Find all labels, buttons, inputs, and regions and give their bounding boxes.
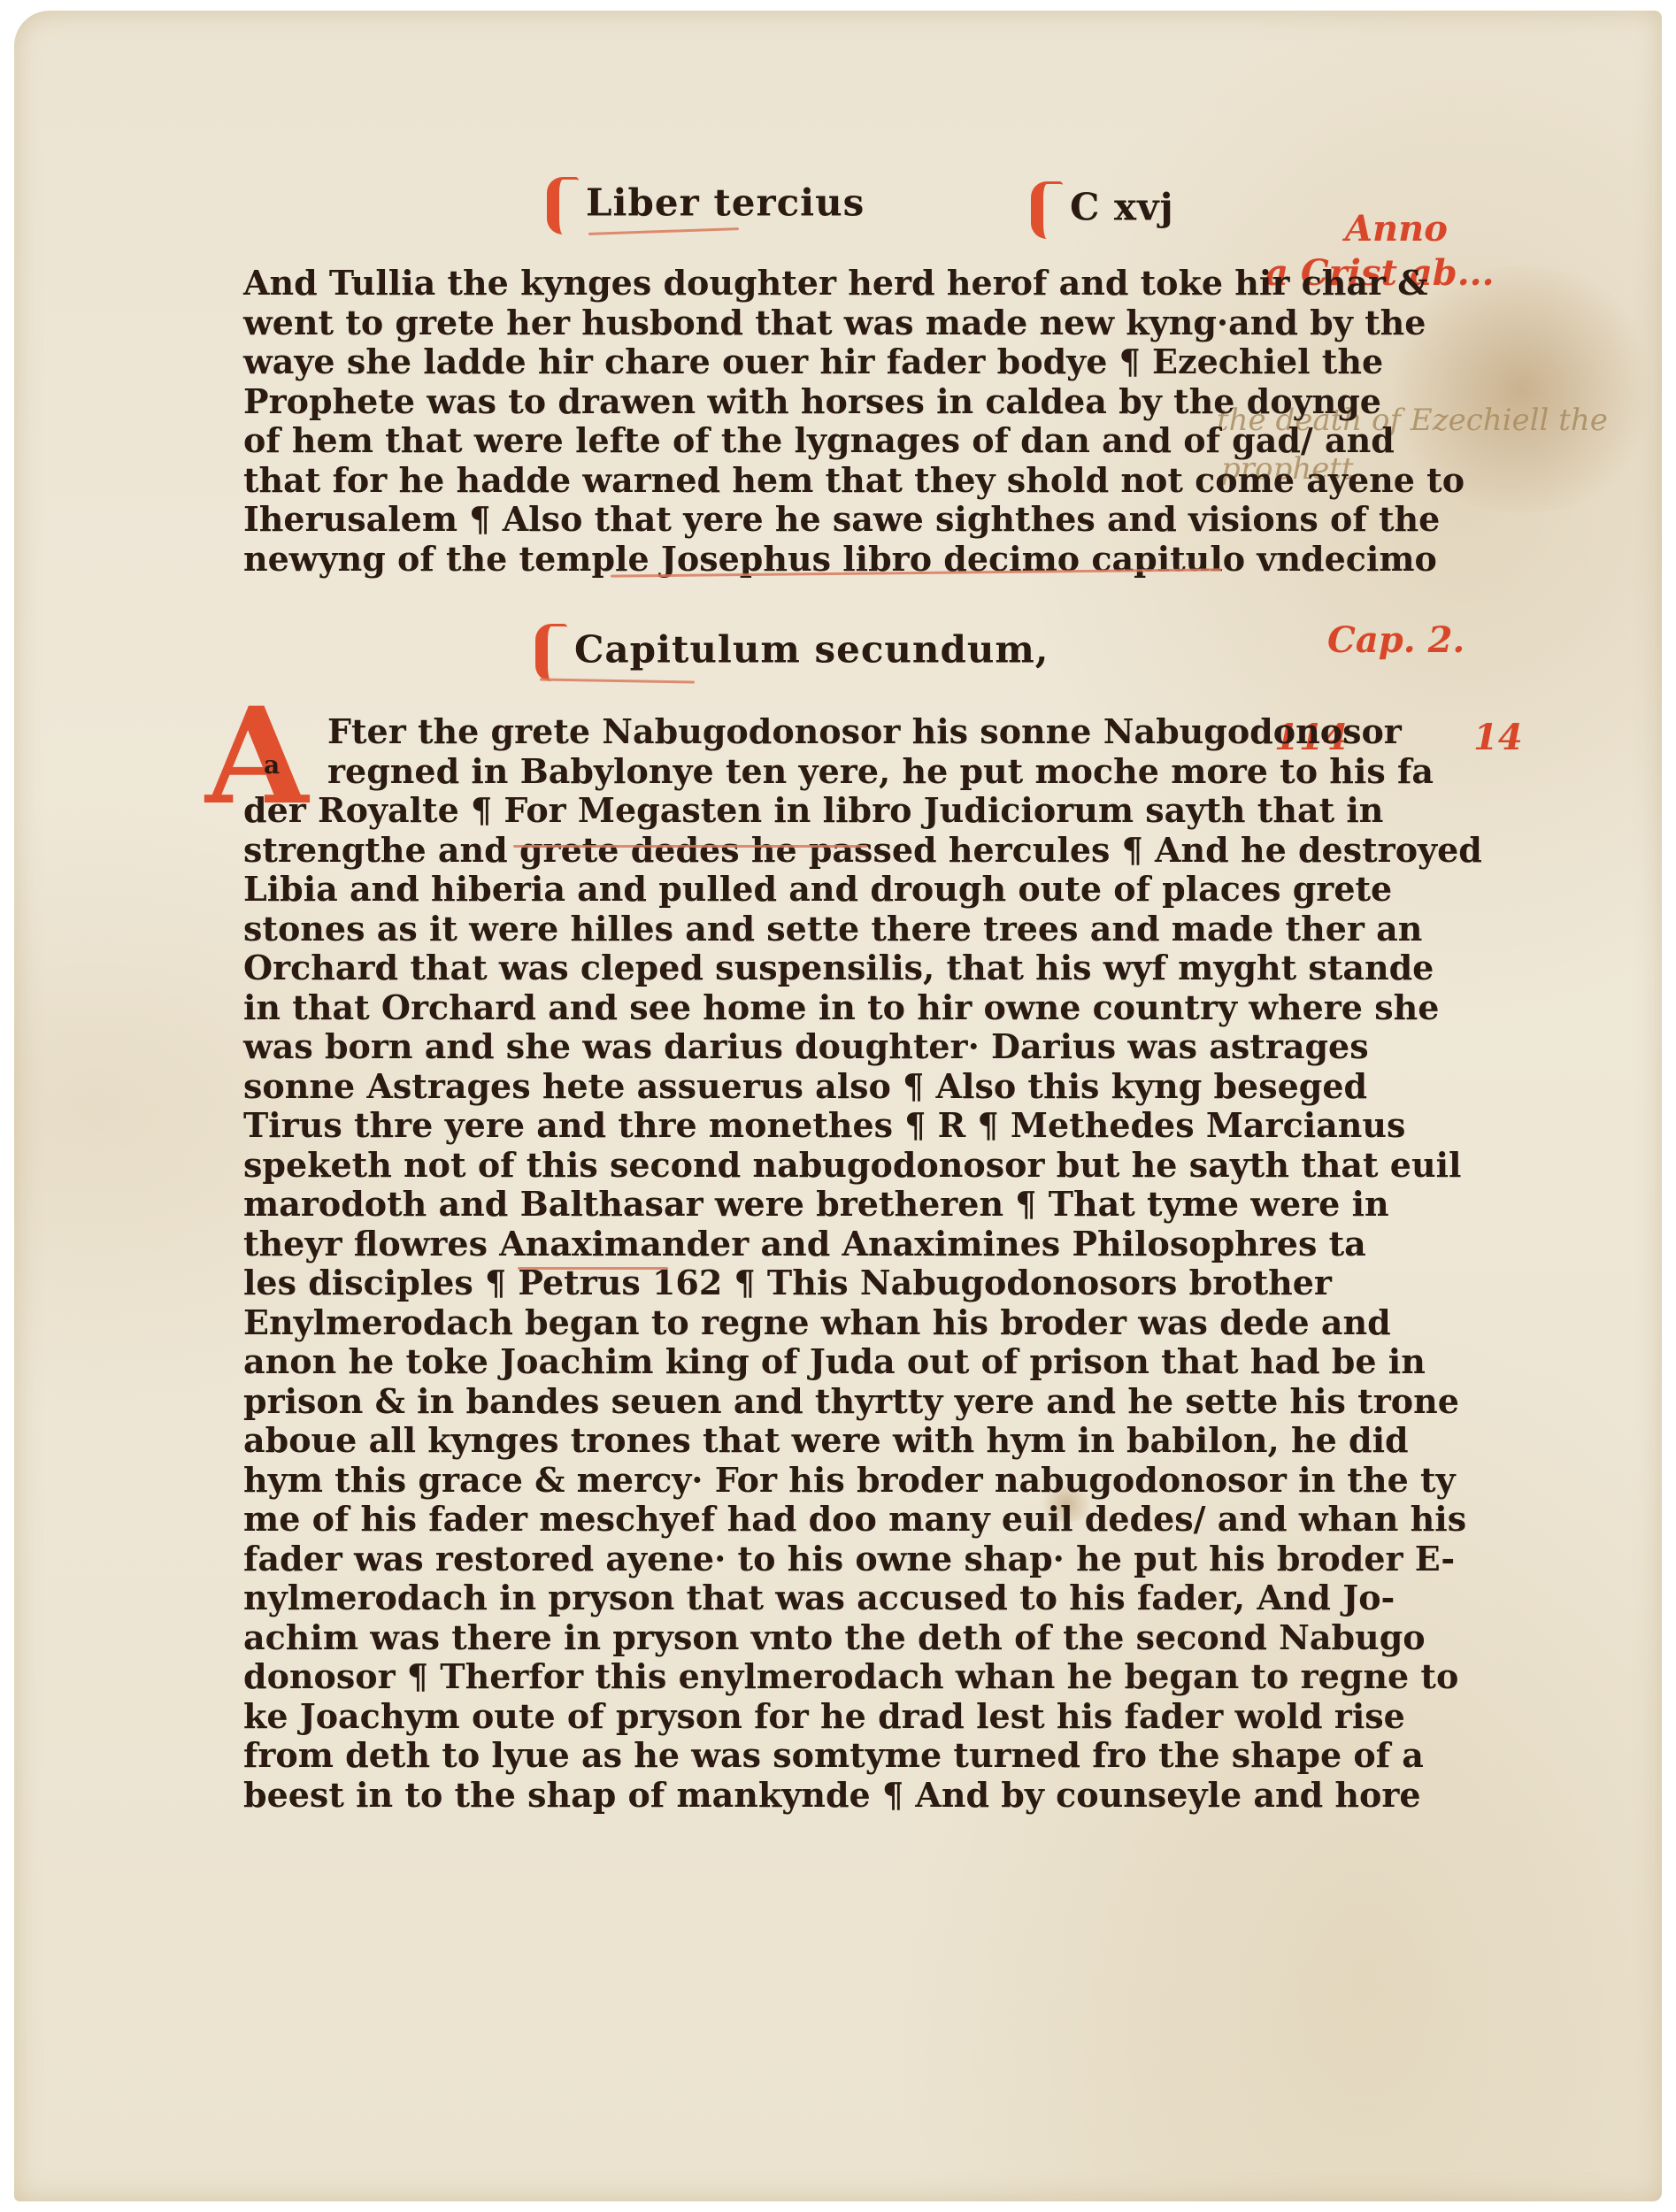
text-line: Prophete was to drawen with horses in ca… bbox=[243, 382, 1221, 422]
text-line: hym this grace & mercy· For his broder n… bbox=[243, 1461, 1221, 1501]
text-line: Fter the grete Nabugodonosor his sonne N… bbox=[243, 712, 1221, 752]
citation-underline bbox=[518, 1267, 668, 1270]
margin-note-anno: Anno bbox=[1345, 208, 1448, 250]
text-line: aboue all kynges trones that were with h… bbox=[243, 1421, 1221, 1461]
text-line: prison & in bandes seuen and thyrtty yer… bbox=[243, 1382, 1221, 1422]
text-line: strengthe and grete dedes he passed herc… bbox=[243, 831, 1221, 871]
chapter-heading-text: Capitulum secundum, bbox=[574, 628, 1049, 672]
text-block-section-1: And Tullia the kynges doughter herd hero… bbox=[243, 264, 1221, 579]
text-line: Enylmerodach began to regne whan his bro… bbox=[243, 1303, 1221, 1343]
text-line: achim was there in pryson vnto the deth … bbox=[243, 1618, 1221, 1658]
text-line: Tirus thre yere and thre monethes ¶ R ¶ … bbox=[243, 1106, 1221, 1146]
running-title: Liber tercius bbox=[547, 177, 865, 234]
text-line: from deth to lyue as he was somtyme turn… bbox=[243, 1736, 1221, 1776]
rubric-pilcrow-icon bbox=[1031, 181, 1063, 239]
text-line: in that Orchard and see home in to hir o… bbox=[243, 988, 1221, 1028]
rubric-pilcrow-icon bbox=[535, 624, 567, 681]
text-line: beest in to the shap of mankynde ¶ And b… bbox=[243, 1776, 1221, 1816]
text-line: marodoth and Balthasar were bretheren ¶ … bbox=[243, 1185, 1221, 1225]
text-line: fader was restored ayene· to his owne sh… bbox=[243, 1540, 1221, 1579]
text-line: anon he toke Joachim king of Juda out of… bbox=[243, 1342, 1221, 1382]
text-line: of hem that were lefte of the lygnages o… bbox=[243, 421, 1221, 461]
text-line: was born and she was darius doughter· Da… bbox=[243, 1027, 1221, 1067]
text-line: les disciples ¶ Petrus 162 ¶ This Nabugo… bbox=[243, 1263, 1221, 1303]
folio-number: C xvj bbox=[1031, 181, 1174, 239]
text-line: donosor ¶ Therfor this enylmerodach whan… bbox=[243, 1657, 1221, 1697]
chapter-heading: Capitulum secundum, bbox=[535, 624, 1049, 681]
margin-note-cap-2: Cap. 2. bbox=[1327, 619, 1465, 661]
citation-underline bbox=[513, 845, 867, 848]
text-line: speketh not of this second nabugodonosor… bbox=[243, 1146, 1221, 1186]
text-line: Iherusalem ¶ Also that yere he sawe sigh… bbox=[243, 500, 1221, 540]
text-line: waye she ladde hir chare ouer hir fader … bbox=[243, 342, 1221, 382]
text-line: Libia and hiberia and pulled and drough … bbox=[243, 870, 1221, 910]
text-line: der Royalte ¶ For Megasten in libro Judi… bbox=[243, 791, 1221, 831]
text-line: went to grete her husbond that was made … bbox=[243, 303, 1221, 343]
folio-number-text: C xvj bbox=[1070, 186, 1174, 229]
text-block-section-2: Fter the grete Nabugodonosor his sonne N… bbox=[243, 712, 1221, 1815]
text-line: And Tullia the kynges doughter herd hero… bbox=[243, 264, 1221, 303]
text-line: Orchard that was cleped suspensilis, tha… bbox=[243, 949, 1221, 988]
text-line: regned in Babylonye ten yere, he put moc… bbox=[243, 752, 1221, 792]
text-line: me of his fader meschyef had doo many eu… bbox=[243, 1500, 1221, 1540]
text-line: ke Joachym oute of pryson for he drad le… bbox=[243, 1697, 1221, 1737]
margin-number-14: 14 bbox=[1473, 717, 1523, 758]
text-line: that for he hadde warned hem that they s… bbox=[243, 461, 1221, 501]
running-title-text: Liber tercius bbox=[586, 181, 865, 225]
rubric-pilcrow-icon bbox=[547, 177, 579, 234]
text-line: theyr flowres Anaximander and Anaximines… bbox=[243, 1225, 1221, 1264]
text-line: stones as it were hilles and sette there… bbox=[243, 910, 1221, 949]
text-line: sonne Astrages hete assuerus also ¶ Also… bbox=[243, 1067, 1221, 1107]
text-line: nylmerodach in pryson that was accused t… bbox=[243, 1578, 1221, 1618]
